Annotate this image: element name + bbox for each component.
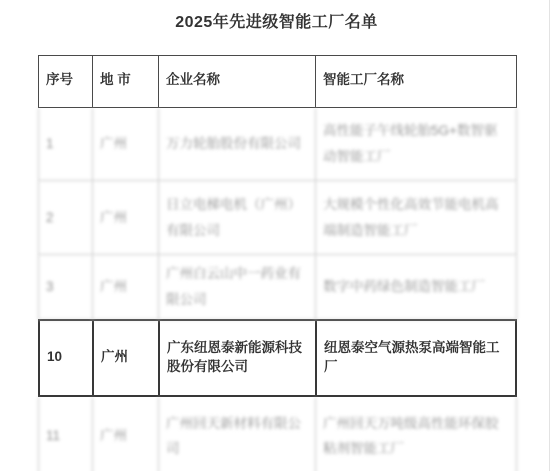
cell-city: 广州 bbox=[93, 255, 159, 319]
cell-factory-text: 高性能子午线轮胎5G+数智驱动智能工厂 bbox=[323, 118, 509, 169]
cell-company: 广州白云山中一药业有限公司 bbox=[159, 255, 316, 319]
factory-list-table: 序号 地 市 企业名称 智能工厂名称 1广州万力轮胎股份有限公司高性能子午线轮胎… bbox=[38, 55, 517, 471]
table-row: 11广州广州回天新材料有限公司广州回天万吨级高性能环保胶粘剂智能工厂 bbox=[38, 397, 517, 471]
table-row: 10广州广东纽恩泰新能源科技股份有限公司纽恩泰空气源热泵高端智能工厂 bbox=[38, 319, 517, 397]
cell-city: 广州 bbox=[93, 181, 159, 254]
col-header-factory-label: 智能工厂名称 bbox=[323, 68, 404, 88]
cell-factory-text: 广州回天万吨级高性能环保胶粘剂智能工厂 bbox=[323, 411, 509, 462]
page-title: 2025年先进级智能工厂名单 bbox=[0, 9, 553, 32]
cell-factory: 大规模个性化高效节能电机高端制造智能工厂 bbox=[316, 181, 516, 254]
cell-city-text: 广州 bbox=[101, 348, 128, 367]
cell-factory-text: 数字中药绿色制造智能工厂 bbox=[323, 274, 485, 300]
cell-serial: 2 bbox=[39, 181, 93, 254]
col-header-company-label: 企业名称 bbox=[166, 68, 220, 88]
cell-serial-text: 11 bbox=[46, 423, 60, 449]
cell-factory: 高性能子午线轮胎5G+数智驱动智能工厂 bbox=[316, 108, 516, 180]
page-right-edge-line bbox=[549, 0, 550, 471]
cell-serial: 11 bbox=[39, 397, 93, 471]
cell-company: 广东纽恩泰新能源科技股份有限公司 bbox=[160, 321, 317, 395]
cell-serial-text: 1 bbox=[46, 131, 54, 157]
cell-city-text: 广州 bbox=[100, 205, 127, 231]
cell-company-text: 日立电梯电机（广州）有限公司 bbox=[166, 192, 308, 243]
cell-factory-text: 纽恩泰空气源热泵高端智能工厂 bbox=[324, 339, 508, 377]
table-row: 3广州广州白云山中一药业有限公司数字中药绿色制造智能工厂 bbox=[38, 255, 517, 320]
cell-serial-text: 2 bbox=[46, 205, 54, 231]
cell-company-text: 广州白云山中一药业有限公司 bbox=[166, 261, 308, 312]
cell-serial: 3 bbox=[39, 255, 93, 319]
cell-city-text: 广州 bbox=[100, 131, 127, 157]
col-header-city-label: 地 市 bbox=[100, 68, 131, 88]
table-header-row: 序号 地 市 企业名称 智能工厂名称 bbox=[38, 55, 517, 108]
cell-city: 广州 bbox=[93, 108, 159, 180]
cell-city-text: 广州 bbox=[100, 423, 127, 449]
cell-company: 万力轮胎股份有限公司 bbox=[159, 108, 316, 180]
cell-company-text: 广州回天新材料有限公司 bbox=[166, 411, 308, 462]
cell-factory-text: 大规模个性化高效节能电机高端制造智能工厂 bbox=[323, 192, 509, 243]
table-row: 1广州万力轮胎股份有限公司高性能子午线轮胎5G+数智驱动智能工厂 bbox=[38, 108, 517, 181]
cell-city: 广州 bbox=[94, 321, 160, 395]
cell-city-text: 广州 bbox=[100, 274, 127, 300]
col-header-city: 地 市 bbox=[93, 56, 159, 107]
cell-serial-text: 3 bbox=[46, 274, 54, 300]
cell-factory: 数字中药绿色制造智能工厂 bbox=[316, 255, 516, 319]
col-header-serial-label: 序号 bbox=[46, 68, 73, 88]
cell-factory: 纽恩泰空气源热泵高端智能工厂 bbox=[317, 321, 515, 395]
cell-city: 广州 bbox=[93, 397, 159, 471]
cell-company: 日立电梯电机（广州）有限公司 bbox=[159, 181, 316, 254]
col-header-factory: 智能工厂名称 bbox=[316, 56, 516, 107]
table-body: 1广州万力轮胎股份有限公司高性能子午线轮胎5G+数智驱动智能工厂2广州日立电梯电… bbox=[38, 108, 517, 471]
cell-serial: 10 bbox=[40, 321, 94, 395]
cell-serial-text: 10 bbox=[47, 348, 62, 367]
cell-company-text: 万力轮胎股份有限公司 bbox=[166, 131, 301, 157]
cell-serial: 1 bbox=[39, 108, 93, 180]
cell-company-text: 广东纽恩泰新能源科技股份有限公司 bbox=[167, 339, 308, 377]
col-header-serial: 序号 bbox=[39, 56, 93, 107]
document-page: 2025年先进级智能工厂名单 序号 地 市 企业名称 智能工厂名称 1广州万力轮… bbox=[0, 0, 553, 471]
table-row: 2广州日立电梯电机（广州）有限公司大规模个性化高效节能电机高端制造智能工厂 bbox=[38, 181, 517, 255]
cell-factory: 广州回天万吨级高性能环保胶粘剂智能工厂 bbox=[316, 397, 516, 471]
cell-company: 广州回天新材料有限公司 bbox=[159, 397, 316, 471]
col-header-company: 企业名称 bbox=[159, 56, 316, 107]
